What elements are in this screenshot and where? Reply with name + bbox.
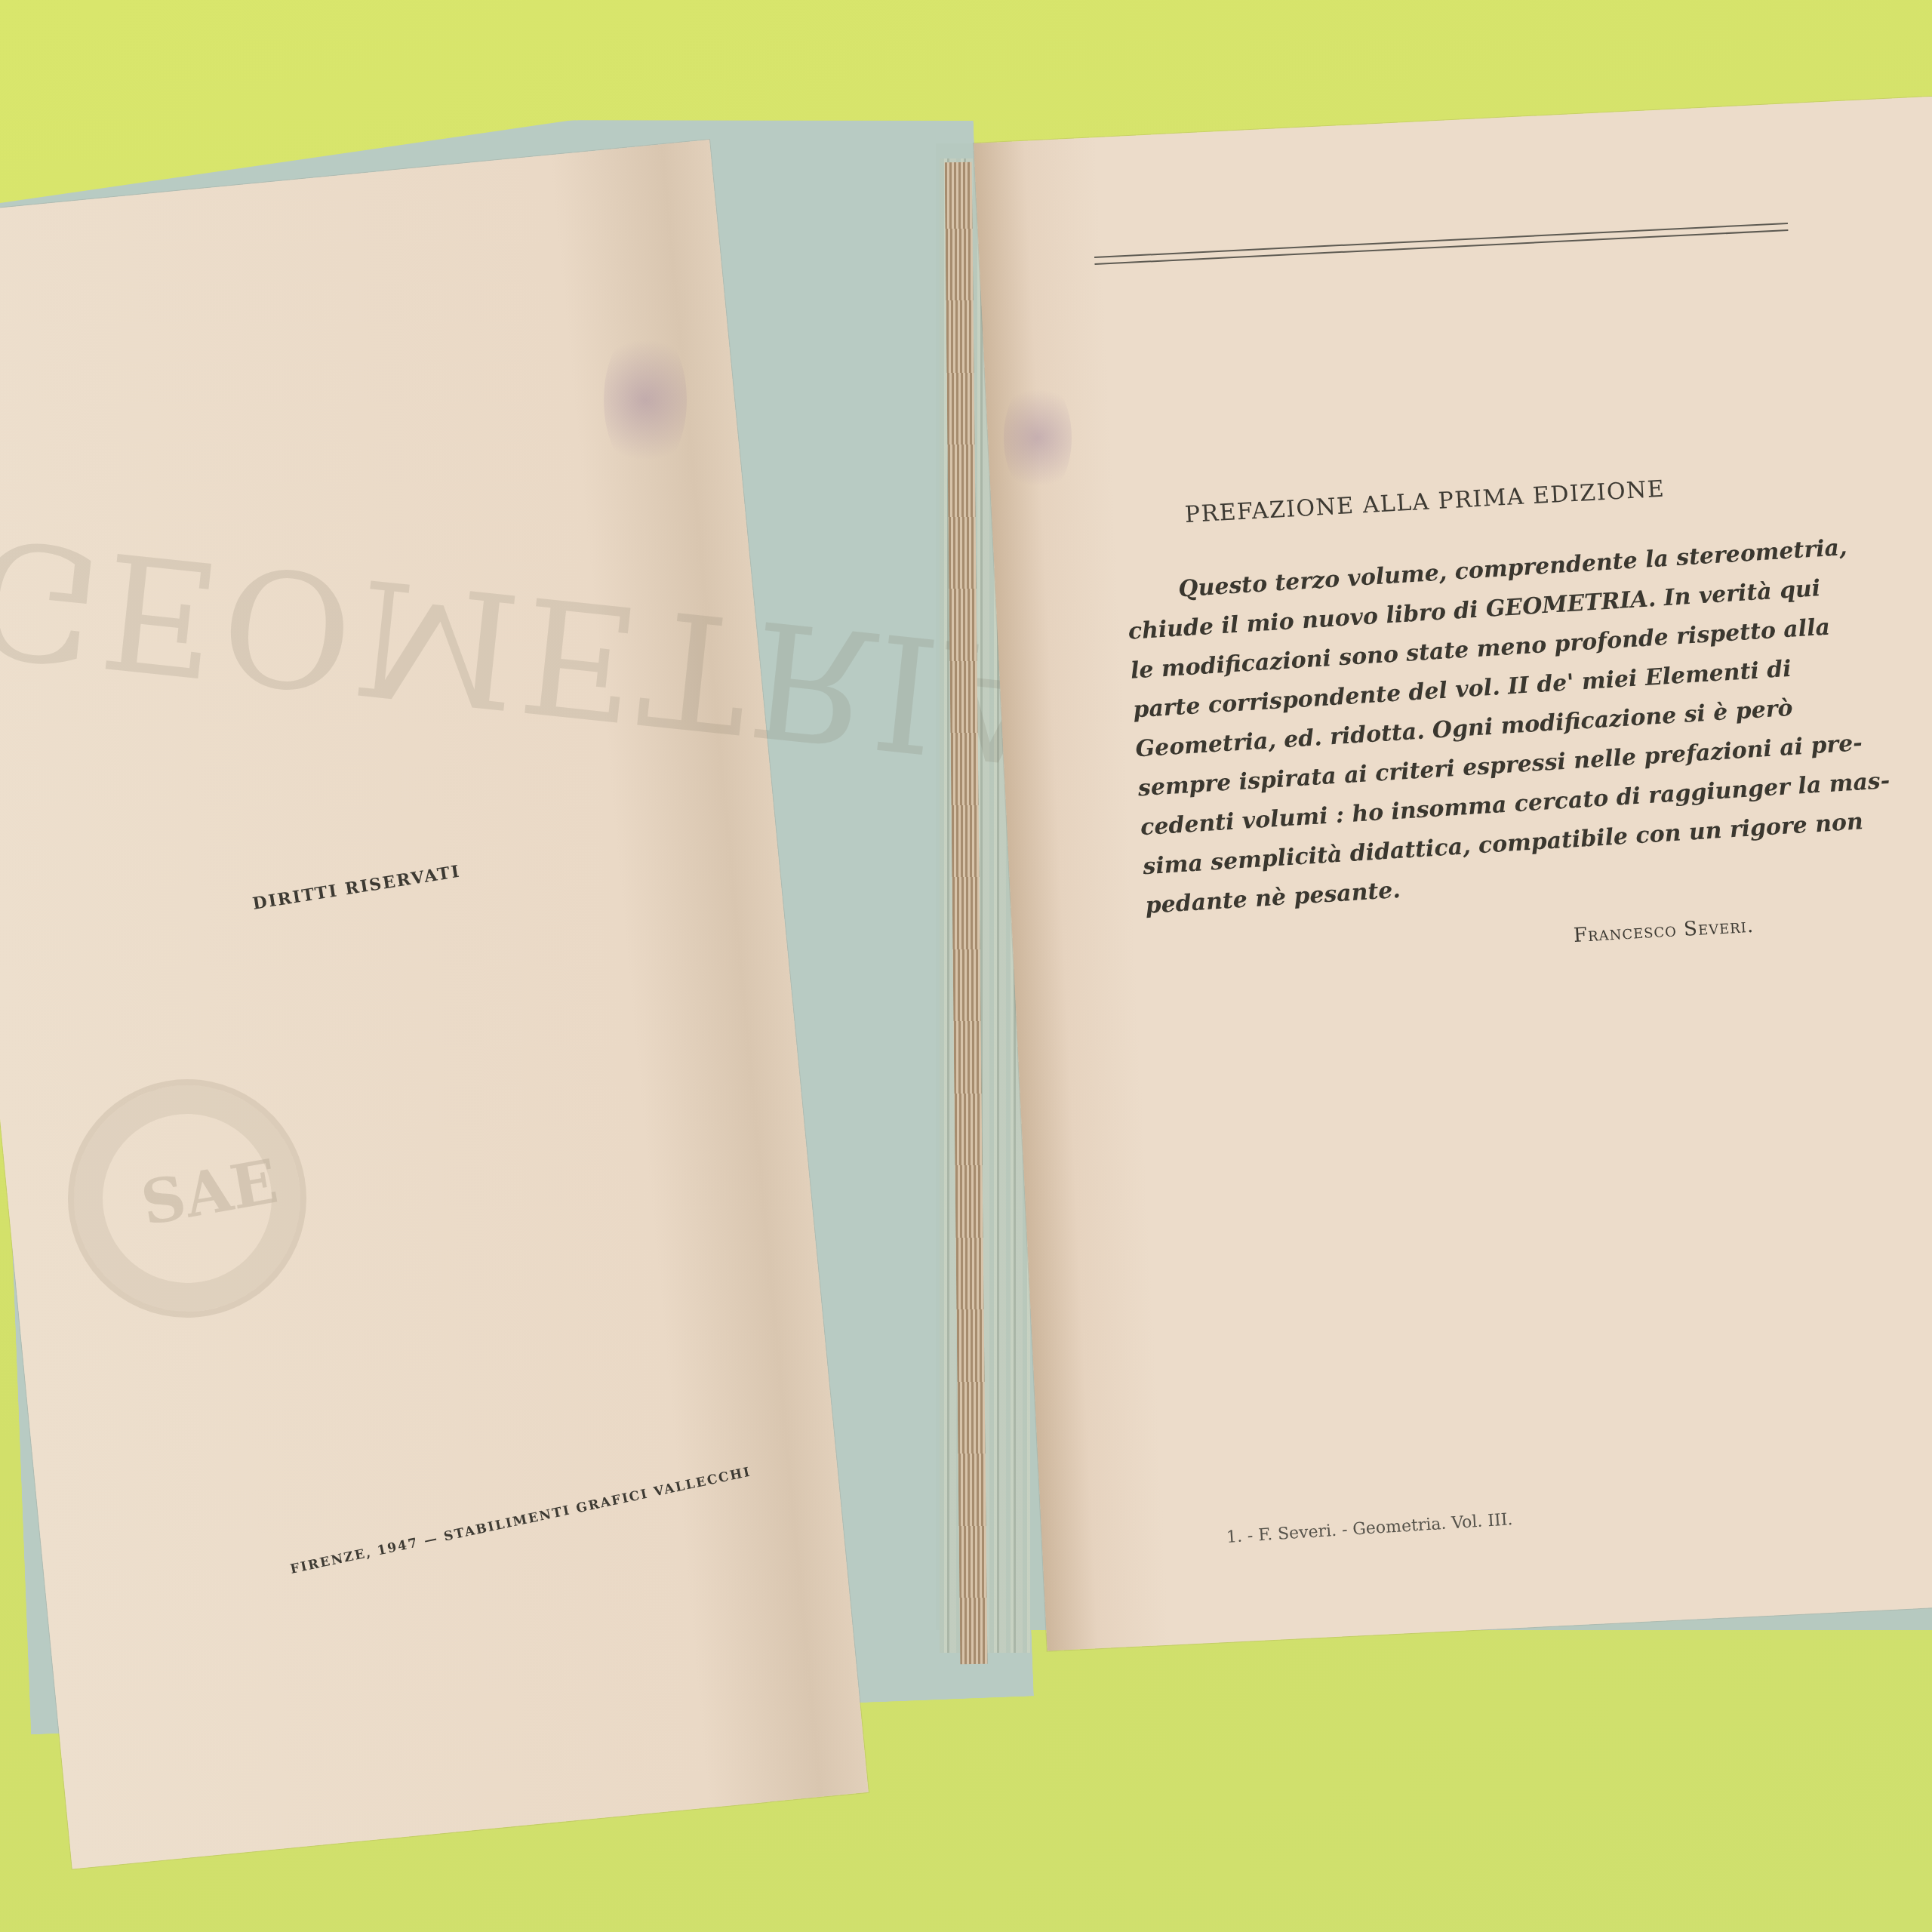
ink-stain (1004, 377, 1072, 498)
ink-stain (604, 325, 687, 475)
stamp-letters: SAE (136, 1146, 282, 1239)
preface-paragraph: Questo terzo volume, comprendente la ste… (1124, 528, 1869, 926)
